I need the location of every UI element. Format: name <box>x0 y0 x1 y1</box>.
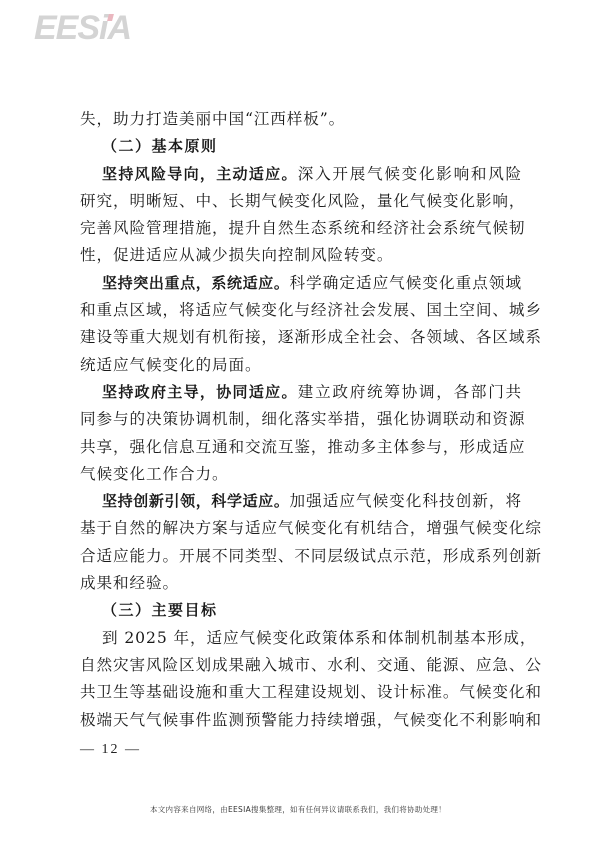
heading-text: （三）主要目标 <box>102 601 218 619</box>
line-text: 共卫生等基础设施和重大工程建设规划、设计标准。气候变化和 <box>80 683 542 701</box>
line-text: 失，助力打造美丽中国“江西样板”。 <box>80 110 345 128</box>
paragraph-line: 气候变化工作合力。 <box>80 461 522 488</box>
line-text: 成果和经验。 <box>80 574 179 592</box>
page-number: — 12 — <box>80 742 141 758</box>
line-text: 建立政府统筹协调，各部门共 <box>298 383 522 401</box>
eesia-logo: EESiA <box>34 9 131 47</box>
paragraph-line: 性，促进适应从减少损失向控制风险转变。 <box>80 242 522 269</box>
line-text: 同参与的决策协调机制，细化落实举措，强化协调联动和资源 <box>80 410 525 428</box>
line-text: 合适应能力。开展不同类型、不同层级试点示范，形成系列创新 <box>80 547 542 565</box>
section-heading-goals: （三）主要目标 <box>80 597 522 624</box>
paragraph-line: 到 2025 年，适应气候变化政策体系和体制机制基本形成， <box>80 625 522 652</box>
logo-text: EES <box>34 9 99 47</box>
line-text: 完善风险管理措施，提升自然生态系统和经济社会系统气候韧 <box>80 219 525 237</box>
line-text: 性，促进适应从减少损失向控制风险转变。 <box>80 246 393 264</box>
line-text: 共享，强化信息互通和交流互鉴，推动多主体参与，形成适应 <box>80 438 525 456</box>
principle-title: 坚持风险导向，主动适应。 <box>102 165 298 183</box>
heading-text: （二）基本原则 <box>102 137 218 155</box>
section-heading-principles: （二）基本原则 <box>80 133 522 160</box>
line-text: 基于自然的解决方案与适应气候变化有机结合，增强气候变化综 <box>80 519 542 537</box>
paragraph-line: 同参与的决策协调机制，细化落实举措，强化协调联动和资源 <box>80 406 522 433</box>
paragraph-line: 完善风险管理措施，提升自然生态系统和经济社会系统气候韧 <box>80 215 522 242</box>
paragraph-line: 失，助力打造美丽中国“江西样板”。 <box>80 106 522 133</box>
footer-disclaimer: 本文内容来自网络，由EESIA搜集整理，如有任何异议请联系我们，我们将协助处理！ <box>0 804 596 815</box>
paragraph-line: 共享，强化信息互通和交流互鉴，推动多主体参与，形成适应 <box>80 434 522 461</box>
principle-title: 坚持突出重点，系统适应。 <box>102 274 289 292</box>
paragraph-line: 自然灾害风险区划成果融入城市、水利、交通、能源、应急、公 <box>80 652 522 679</box>
line-text: 科学确定适应气候变化重点领域 <box>289 274 522 292</box>
line-text: 统适应气候变化的局面。 <box>80 356 261 374</box>
logo-accent: i <box>99 9 107 47</box>
principle-title: 坚持创新引领，科学适应。 <box>102 492 289 510</box>
paragraph-line: 坚持突出重点，系统适应。科学确定适应气候变化重点领域 <box>80 270 522 297</box>
paragraph-line: 成果和经验。 <box>80 570 522 597</box>
paragraph-line: 研究，明晰短、中、长期气候变化风险，量化气候变化影响， <box>80 188 522 215</box>
paragraph-line: 建设等重大规划有机衔接，逐渐形成全社会、各领域、各区域系 <box>80 324 522 351</box>
line-text: 自然灾害风险区划成果融入城市、水利、交通、能源、应急、公 <box>80 656 542 674</box>
document-body: 失，助力打造美丽中国“江西样板”。 （二）基本原则 坚持风险导向，主动适应。深入… <box>80 106 522 734</box>
line-text: 到 2025 年，适应气候变化政策体系和体制机制基本形成， <box>102 629 536 647</box>
paragraph-line: 合适应能力。开展不同类型、不同层级试点示范，形成系列创新 <box>80 543 522 570</box>
line-text: 极端天气气候事件监测预警能力持续增强，气候变化不利影响和 <box>80 711 542 729</box>
line-text: 深入开展气候变化影响和风险 <box>298 165 522 183</box>
paragraph-line: 坚持创新引领，科学适应。加强适应气候变化科技创新，将 <box>80 488 522 515</box>
paragraph-line: 基于自然的解决方案与适应气候变化有机结合，增强气候变化综 <box>80 515 522 542</box>
paragraph-line: 和重点区域，将适应气候变化与经济社会发展、国土空间、城乡 <box>80 297 522 324</box>
paragraph-line: 坚持政府主导，协同适应。建立政府统筹协调，各部门共 <box>80 379 522 406</box>
paragraph-line: 坚持风险导向，主动适应。深入开展气候变化影响和风险 <box>80 161 522 188</box>
line-text: 研究，明晰短、中、长期气候变化风险，量化气候变化影响， <box>80 192 525 210</box>
line-text: 和重点区域，将适应气候变化与经济社会发展、国土空间、城乡 <box>80 301 542 319</box>
paragraph-line: 统适应气候变化的局面。 <box>80 352 522 379</box>
line-text: 建设等重大规划有机衔接，逐渐形成全社会、各领域、各区域系 <box>80 328 542 346</box>
line-text: 气候变化工作合力。 <box>80 465 228 483</box>
line-text: 加强适应气候变化科技创新，将 <box>289 492 522 510</box>
paragraph-line: 共卫生等基础设施和重大工程建设规划、设计标准。气候变化和 <box>80 679 522 706</box>
principle-title: 坚持政府主导，协同适应。 <box>102 383 298 401</box>
paragraph-line: 极端天气气候事件监测预警能力持续增强，气候变化不利影响和 <box>80 707 522 734</box>
